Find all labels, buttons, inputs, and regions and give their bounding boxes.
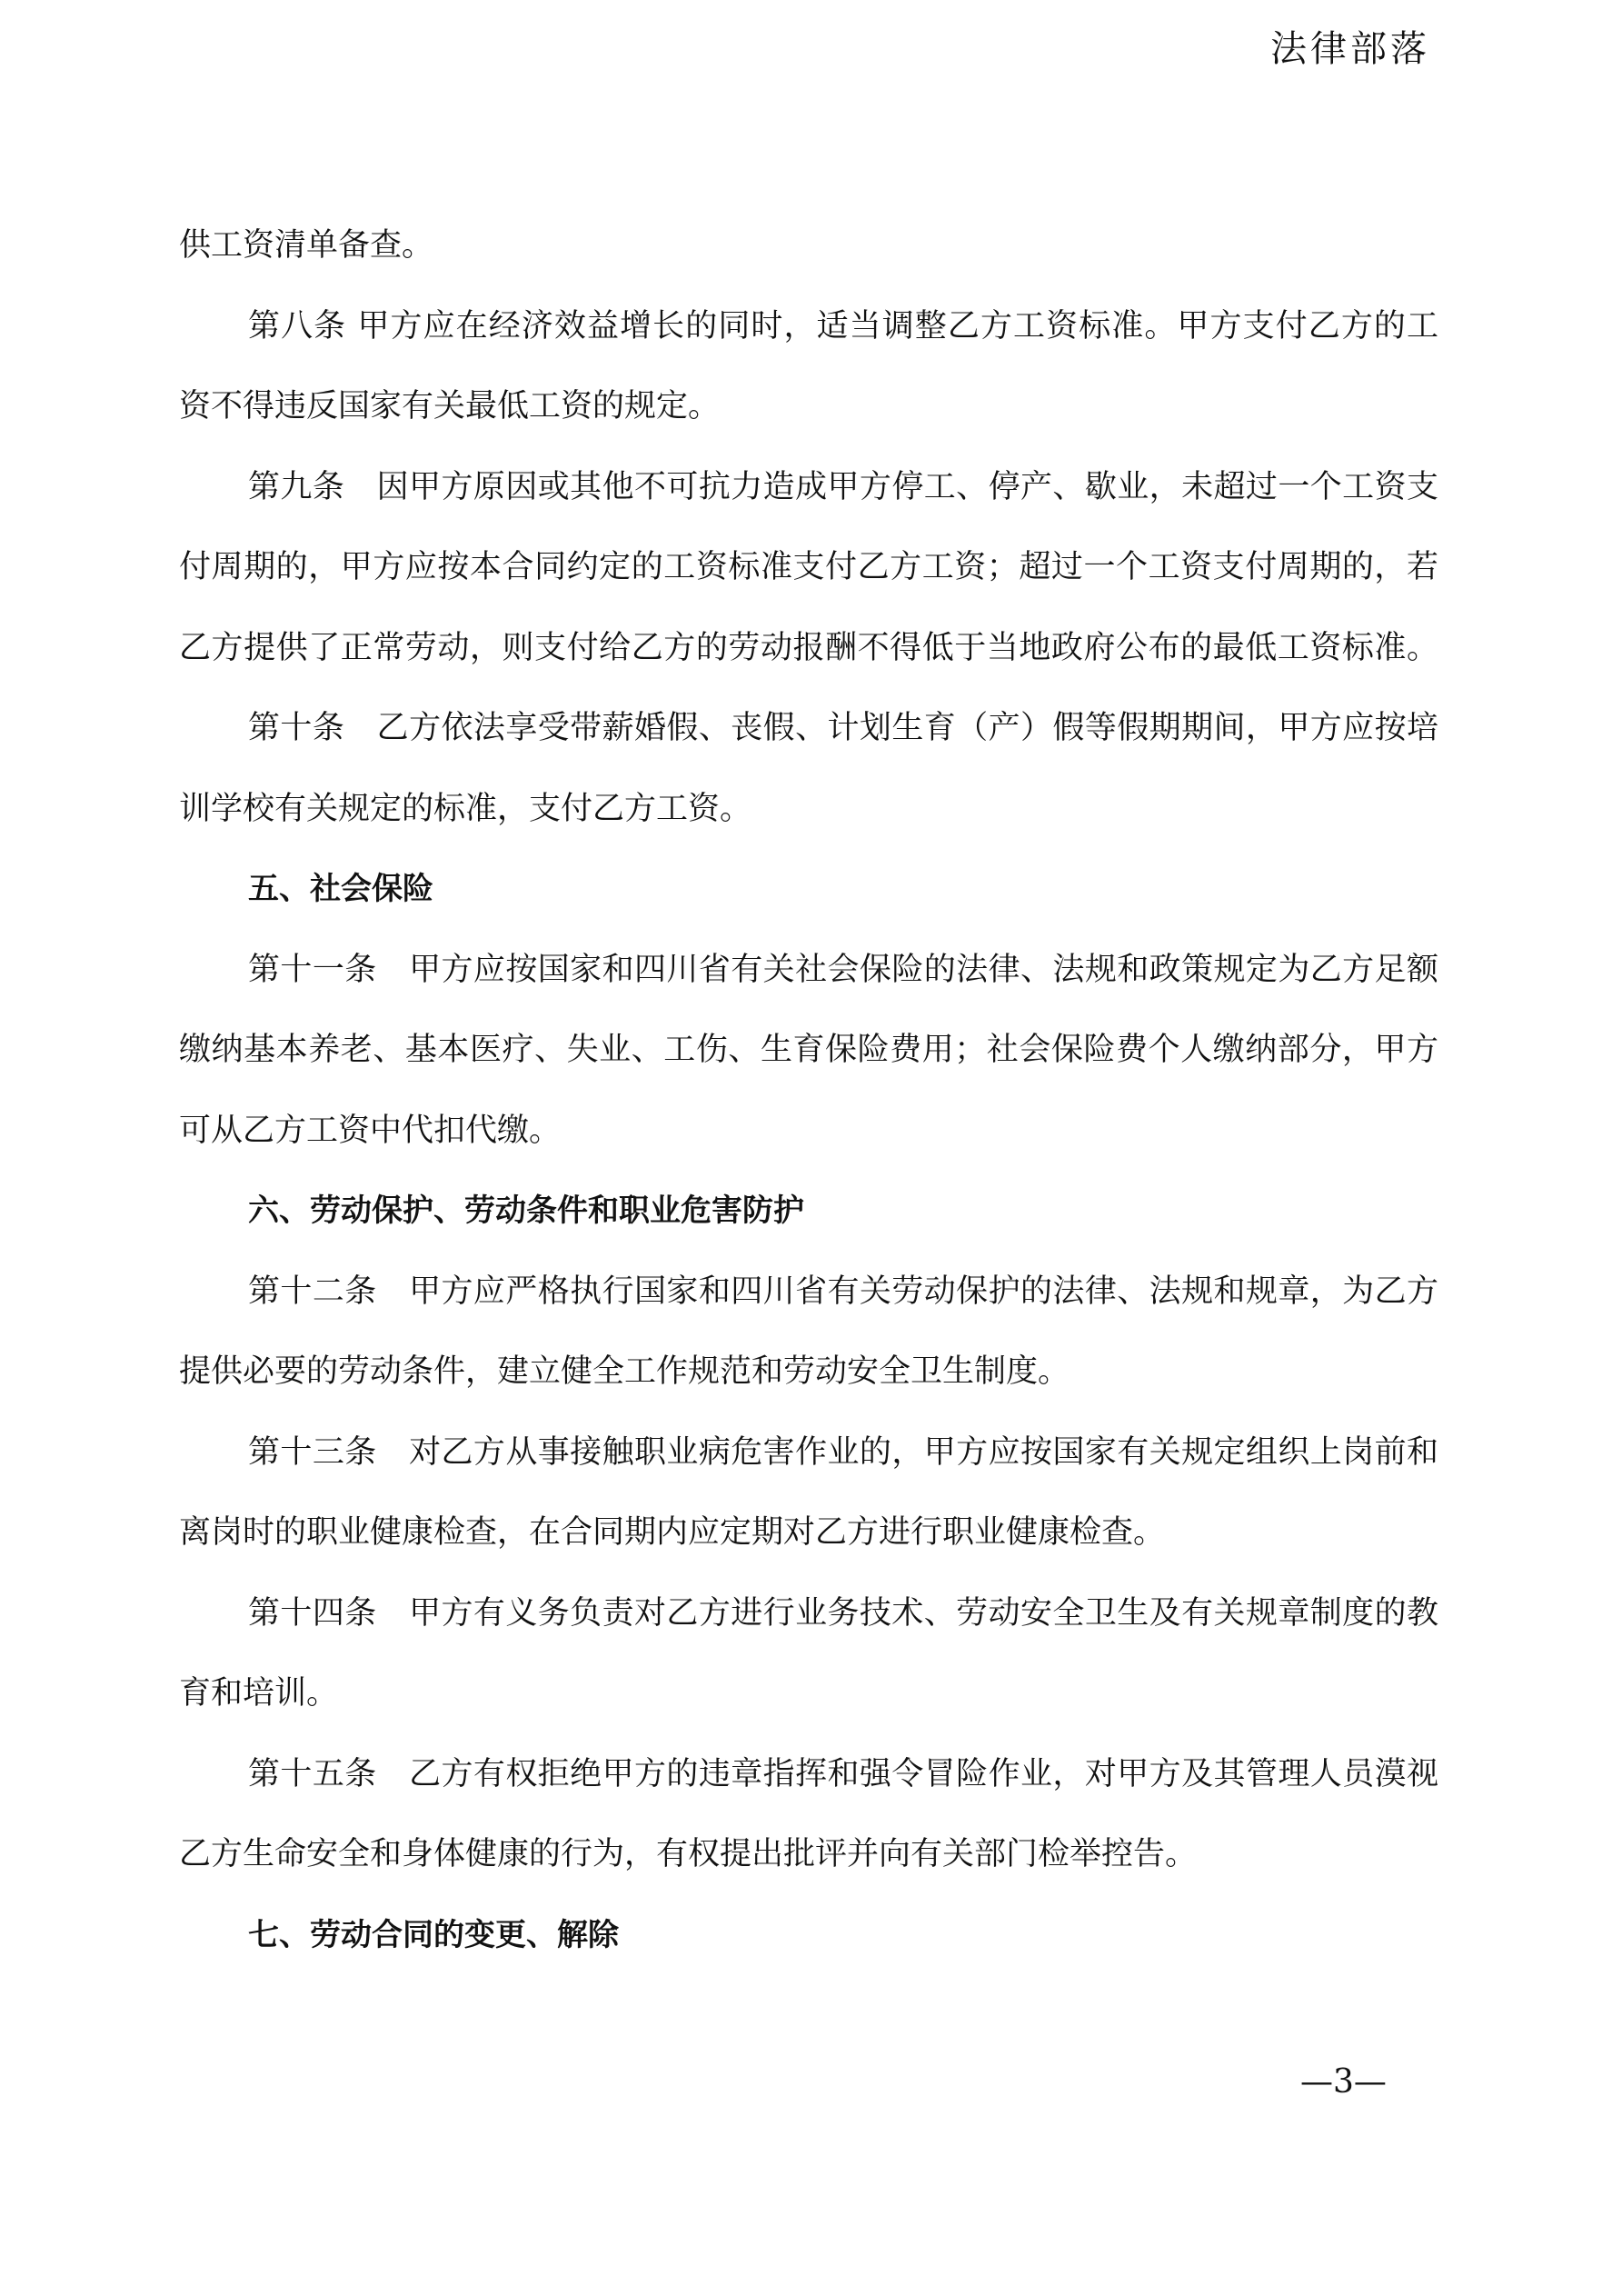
article-12-line: 第十二条 甲方应严格执行国家和四川省有关劳动保护的法律、法规和规章，为乙方 — [179, 1252, 1438, 1333]
article-10-line: 第十条 乙方依法享受带薪婚假、丧假、计划生育（产）假等假期期间，甲方应按培 — [179, 688, 1438, 769]
article-8-line: 第八条 甲方应在经济效益增长的同时，适当调整乙方工资标准。甲方支付乙方的工 — [179, 286, 1438, 367]
body-line: 缴纳基本养老、基本医疗、失业、工伤、生育保险费用；社会保险费个人缴纳部分，甲方 — [179, 1010, 1438, 1091]
body-line: 乙方生命安全和身体健康的行为，有权提出批评并向有关部门检举控告。 — [179, 1814, 1438, 1895]
body-line: 育和培训。 — [179, 1653, 1438, 1734]
article-11-line: 第十一条 甲方应按国家和四川省有关社会保险的法律、法规和政策规定为乙方足额 — [179, 930, 1438, 1011]
body-line: 付周期的，甲方应按本合同约定的工资标准支付乙方工资；超过一个工资支付周期的，若 — [179, 527, 1438, 608]
body-line: 训学校有关规定的标准，支付乙方工资。 — [179, 769, 1438, 850]
section-heading-contract-change: 七、劳动合同的变更、解除 — [179, 1895, 1438, 1976]
body-line: 提供必要的劳动条件，建立健全工作规范和劳动安全卫生制度。 — [179, 1332, 1438, 1413]
section-heading-labor-protection: 六、劳动保护、劳动条件和职业危害防护 — [179, 1171, 1438, 1252]
header-watermark: 法律部落 — [1270, 20, 1430, 72]
article-14-line: 第十四条 甲方有义务负责对乙方进行业务技术、劳动安全卫生及有关规章制度的教 — [179, 1573, 1438, 1654]
document-body: 供工资清单备查。 第八条 甲方应在经济效益增长的同时，适当调整乙方工资标准。甲方… — [179, 205, 1438, 1975]
body-line: 离岗时的职业健康检查，在合同期内应定期对乙方进行职业健康检查。 — [179, 1492, 1438, 1573]
article-13-line: 第十三条 对乙方从事接触职业病危害作业的，甲方应按国家有关规定组织上岗前和 — [179, 1413, 1438, 1493]
body-line: 可从乙方工资中代扣代缴。 — [179, 1091, 1438, 1172]
body-line: 乙方提供了正常劳动，则支付给乙方的劳动报酬不得低于当地政府公布的最低工资标准。 — [179, 608, 1438, 689]
body-line: 资不得违反国家有关最低工资的规定。 — [179, 366, 1438, 447]
article-9-line: 第九条 因甲方原因或其他不可抗力造成甲方停工、停产、歇业，未超过一个工资支 — [179, 447, 1438, 528]
page-number: —3— — [1300, 2063, 1387, 2101]
body-line: 供工资清单备查。 — [179, 205, 1438, 286]
article-15-line: 第十五条 乙方有权拒绝甲方的违章指挥和强令冒险作业，对甲方及其管理人员漠视 — [179, 1734, 1438, 1815]
section-heading-social-insurance: 五、社会保险 — [179, 849, 1438, 930]
